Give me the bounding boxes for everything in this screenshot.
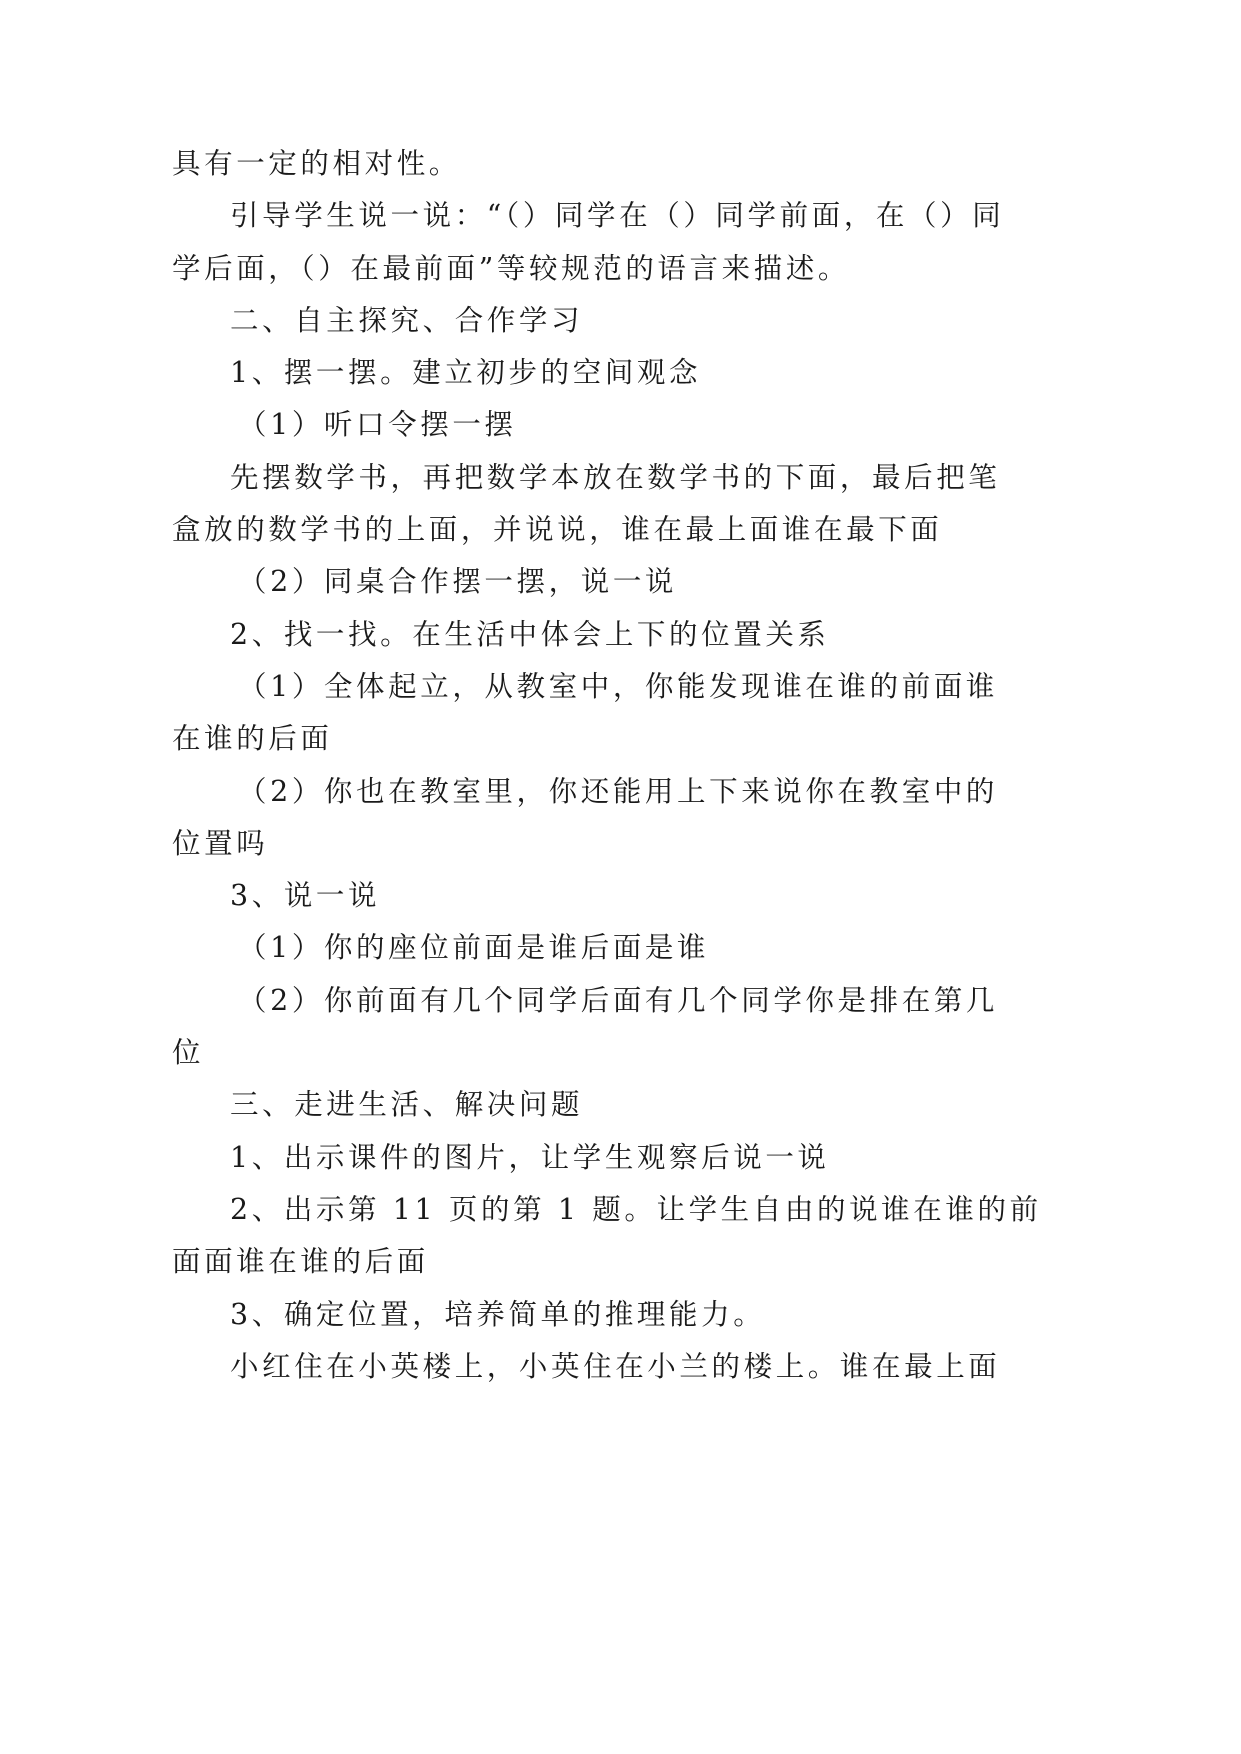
subsection-heading: 2、找一找。在生活中体会上下的位置关系	[172, 609, 940, 661]
text-line: 位	[172, 1027, 940, 1079]
list-item: （1）听口令摆一摆	[172, 399, 940, 451]
subsection-heading: 1、出示课件的图片，让学生观察后说一说	[172, 1132, 940, 1184]
subsection-heading: 1、摆一摆。建立初步的空间观念	[172, 347, 940, 399]
list-item: （2）你前面有几个同学后面有几个同学你是排在第几	[172, 975, 940, 1027]
subsection-heading: 3、确定位置，培养简单的推理能力。	[172, 1289, 940, 1341]
section-heading-2: 二、自主探究、合作学习	[172, 295, 940, 347]
text-line: 在谁的后面	[172, 713, 940, 765]
text-line: 位置吗	[172, 818, 940, 870]
document-page: 具有一定的相对性。 引导学生说一说：“（）同学在（）同学前面，在（）同 学后面，…	[172, 138, 940, 1393]
text-line: 盒放的数学书的上面，并说说，谁在最上面谁在最下面	[172, 504, 940, 556]
subsection-heading: 3、说一说	[172, 870, 940, 922]
section-heading-3: 三、走进生活、解决问题	[172, 1079, 940, 1131]
list-item: （2）你也在教室里，你还能用上下来说你在教室中的	[172, 766, 940, 818]
text-line: 面面谁在谁的后面	[172, 1236, 940, 1288]
text-line-guide-students: 引导学生说一说：“（）同学在（）同学前面，在（）同	[172, 190, 940, 242]
text-line: 小红住在小英楼上，小英住在小兰的楼上。谁在最上面	[172, 1341, 940, 1393]
text-line-continuation: 具有一定的相对性。	[172, 138, 940, 190]
subsection-heading: 2、出示第 11 页的第 1 题。让学生自由的说谁在谁的前	[172, 1184, 940, 1236]
text-line: 先摆数学书，再把数学本放在数学书的下面，最后把笔	[172, 452, 940, 504]
list-item: （2）同桌合作摆一摆，说一说	[172, 556, 940, 608]
list-item: （1）你的座位前面是谁后面是谁	[172, 922, 940, 974]
list-item: （1）全体起立，从教室中，你能发现谁在谁的前面谁	[172, 661, 940, 713]
text-line: 学后面，（）在最前面”等较规范的语言来描述。	[172, 243, 940, 295]
